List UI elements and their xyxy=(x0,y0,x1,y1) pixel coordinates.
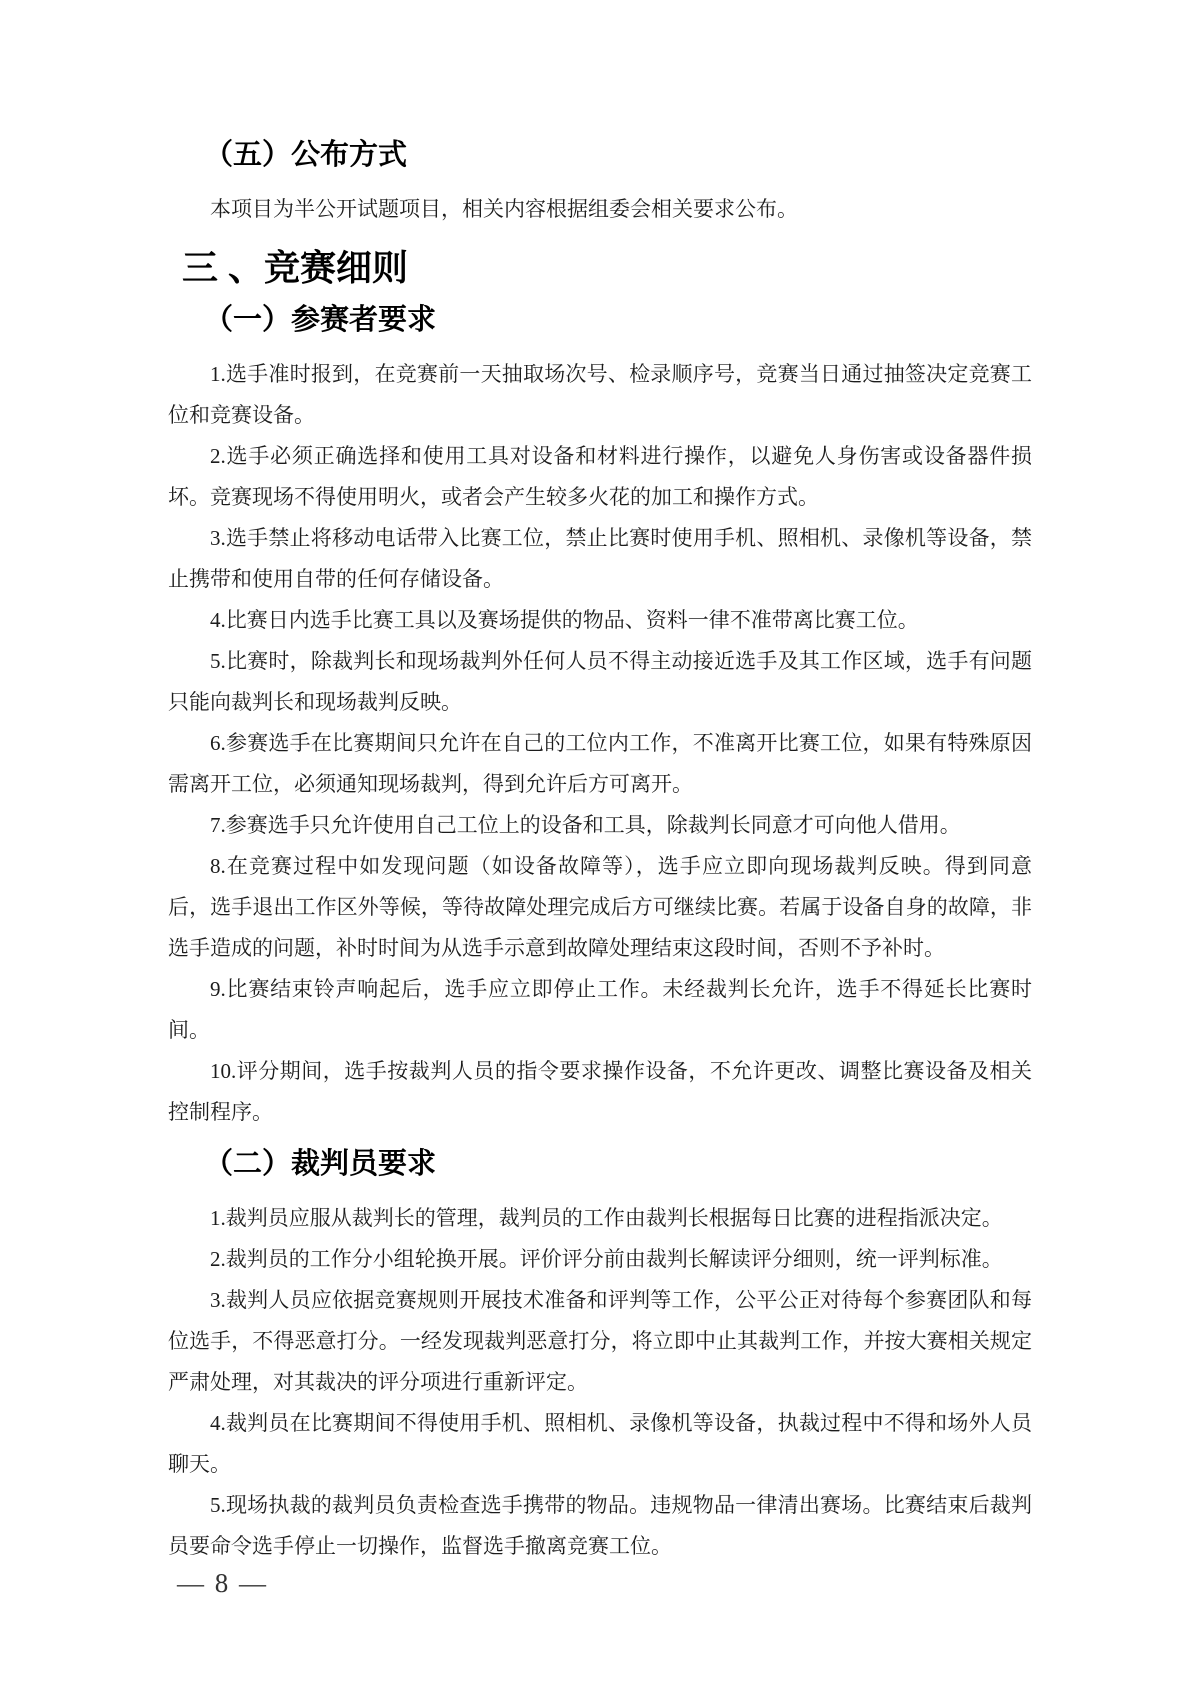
page-footer: — 8 — xyxy=(177,1568,268,1599)
page-number: — 8 — xyxy=(177,1568,268,1598)
heading-participant-requirements: （一）参赛者要求 xyxy=(204,303,1032,338)
heading-publish-method: （五）公布方式 xyxy=(204,138,1032,173)
participant-rule-4: 4.比赛日内选手比赛工具以及赛场提供的物品、资料一律不准带离比赛工位。 xyxy=(168,600,1032,641)
participant-rule-10: 10.评分期间，选手按裁判人员的指令要求操作设备，不允许更改、调整比赛设备及相关… xyxy=(168,1051,1032,1133)
referee-rule-1: 1.裁判员应服从裁判长的管理，裁判员的工作由裁判长根据每日比赛的进程指派决定。 xyxy=(168,1198,1032,1239)
participant-rule-2: 2.选手必须正确选择和使用工具对设备和材料进行操作，以避免人身伤害或设备器件损坏… xyxy=(168,436,1032,518)
participant-rule-1: 1.选手准时报到，在竞赛前一天抽取场次号、检录顺序号，竞赛当日通过抽签决定竞赛工… xyxy=(168,354,1032,436)
referee-rule-2: 2.裁判员的工作分小组轮换开展。评价评分前由裁判长解读评分细则，统一评判标准。 xyxy=(168,1239,1032,1280)
referee-rule-3: 3.裁判人员应依据竞赛规则开展技术准备和评判等工作，公平公正对待每个参赛团队和每… xyxy=(168,1280,1032,1403)
participant-rule-8: 8.在竞赛过程中如发现问题（如设备故障等），选手应立即向现场裁判反映。得到同意后… xyxy=(168,846,1032,969)
heading-competition-rules: 三 、竞赛细则 xyxy=(182,246,1032,289)
document-page: （五）公布方式 本项目为半公开试题项目，相关内容根据组委会相关要求公布。 三 、… xyxy=(0,0,1199,1696)
participant-rule-3: 3.选手禁止将移动电话带入比赛工位，禁止比赛时使用手机、照相机、录像机等设备，禁… xyxy=(168,518,1032,600)
heading-referee-requirements: （二）裁判员要求 xyxy=(204,1147,1032,1182)
referee-rule-5: 5.现场执裁的裁判员负责检查选手携带的物品。违规物品一律清出赛场。比赛结束后裁判… xyxy=(168,1485,1032,1567)
participant-rule-9: 9.比赛结束铃声响起后，选手应立即停止工作。未经裁判长允许，选手不得延长比赛时间… xyxy=(168,969,1032,1051)
page-content: （五）公布方式 本项目为半公开试题项目，相关内容根据组委会相关要求公布。 三 、… xyxy=(0,0,1199,1567)
referee-rule-4: 4.裁判员在比赛期间不得使用手机、照相机、录像机等设备，执裁过程中不得和场外人员… xyxy=(168,1403,1032,1485)
participant-rule-7: 7.参赛选手只允许使用自己工位上的设备和工具，除裁判长同意才可向他人借用。 xyxy=(168,805,1032,846)
participant-rule-5: 5.比赛时，除裁判长和现场裁判外任何人员不得主动接近选手及其工作区域，选手有问题… xyxy=(168,641,1032,723)
participant-rule-6: 6.参赛选手在比赛期间只允许在自己的工位内工作，不准离开比赛工位，如果有特殊原因… xyxy=(168,723,1032,805)
paragraph-publish-method: 本项目为半公开试题项目，相关内容根据组委会相关要求公布。 xyxy=(168,189,1032,230)
